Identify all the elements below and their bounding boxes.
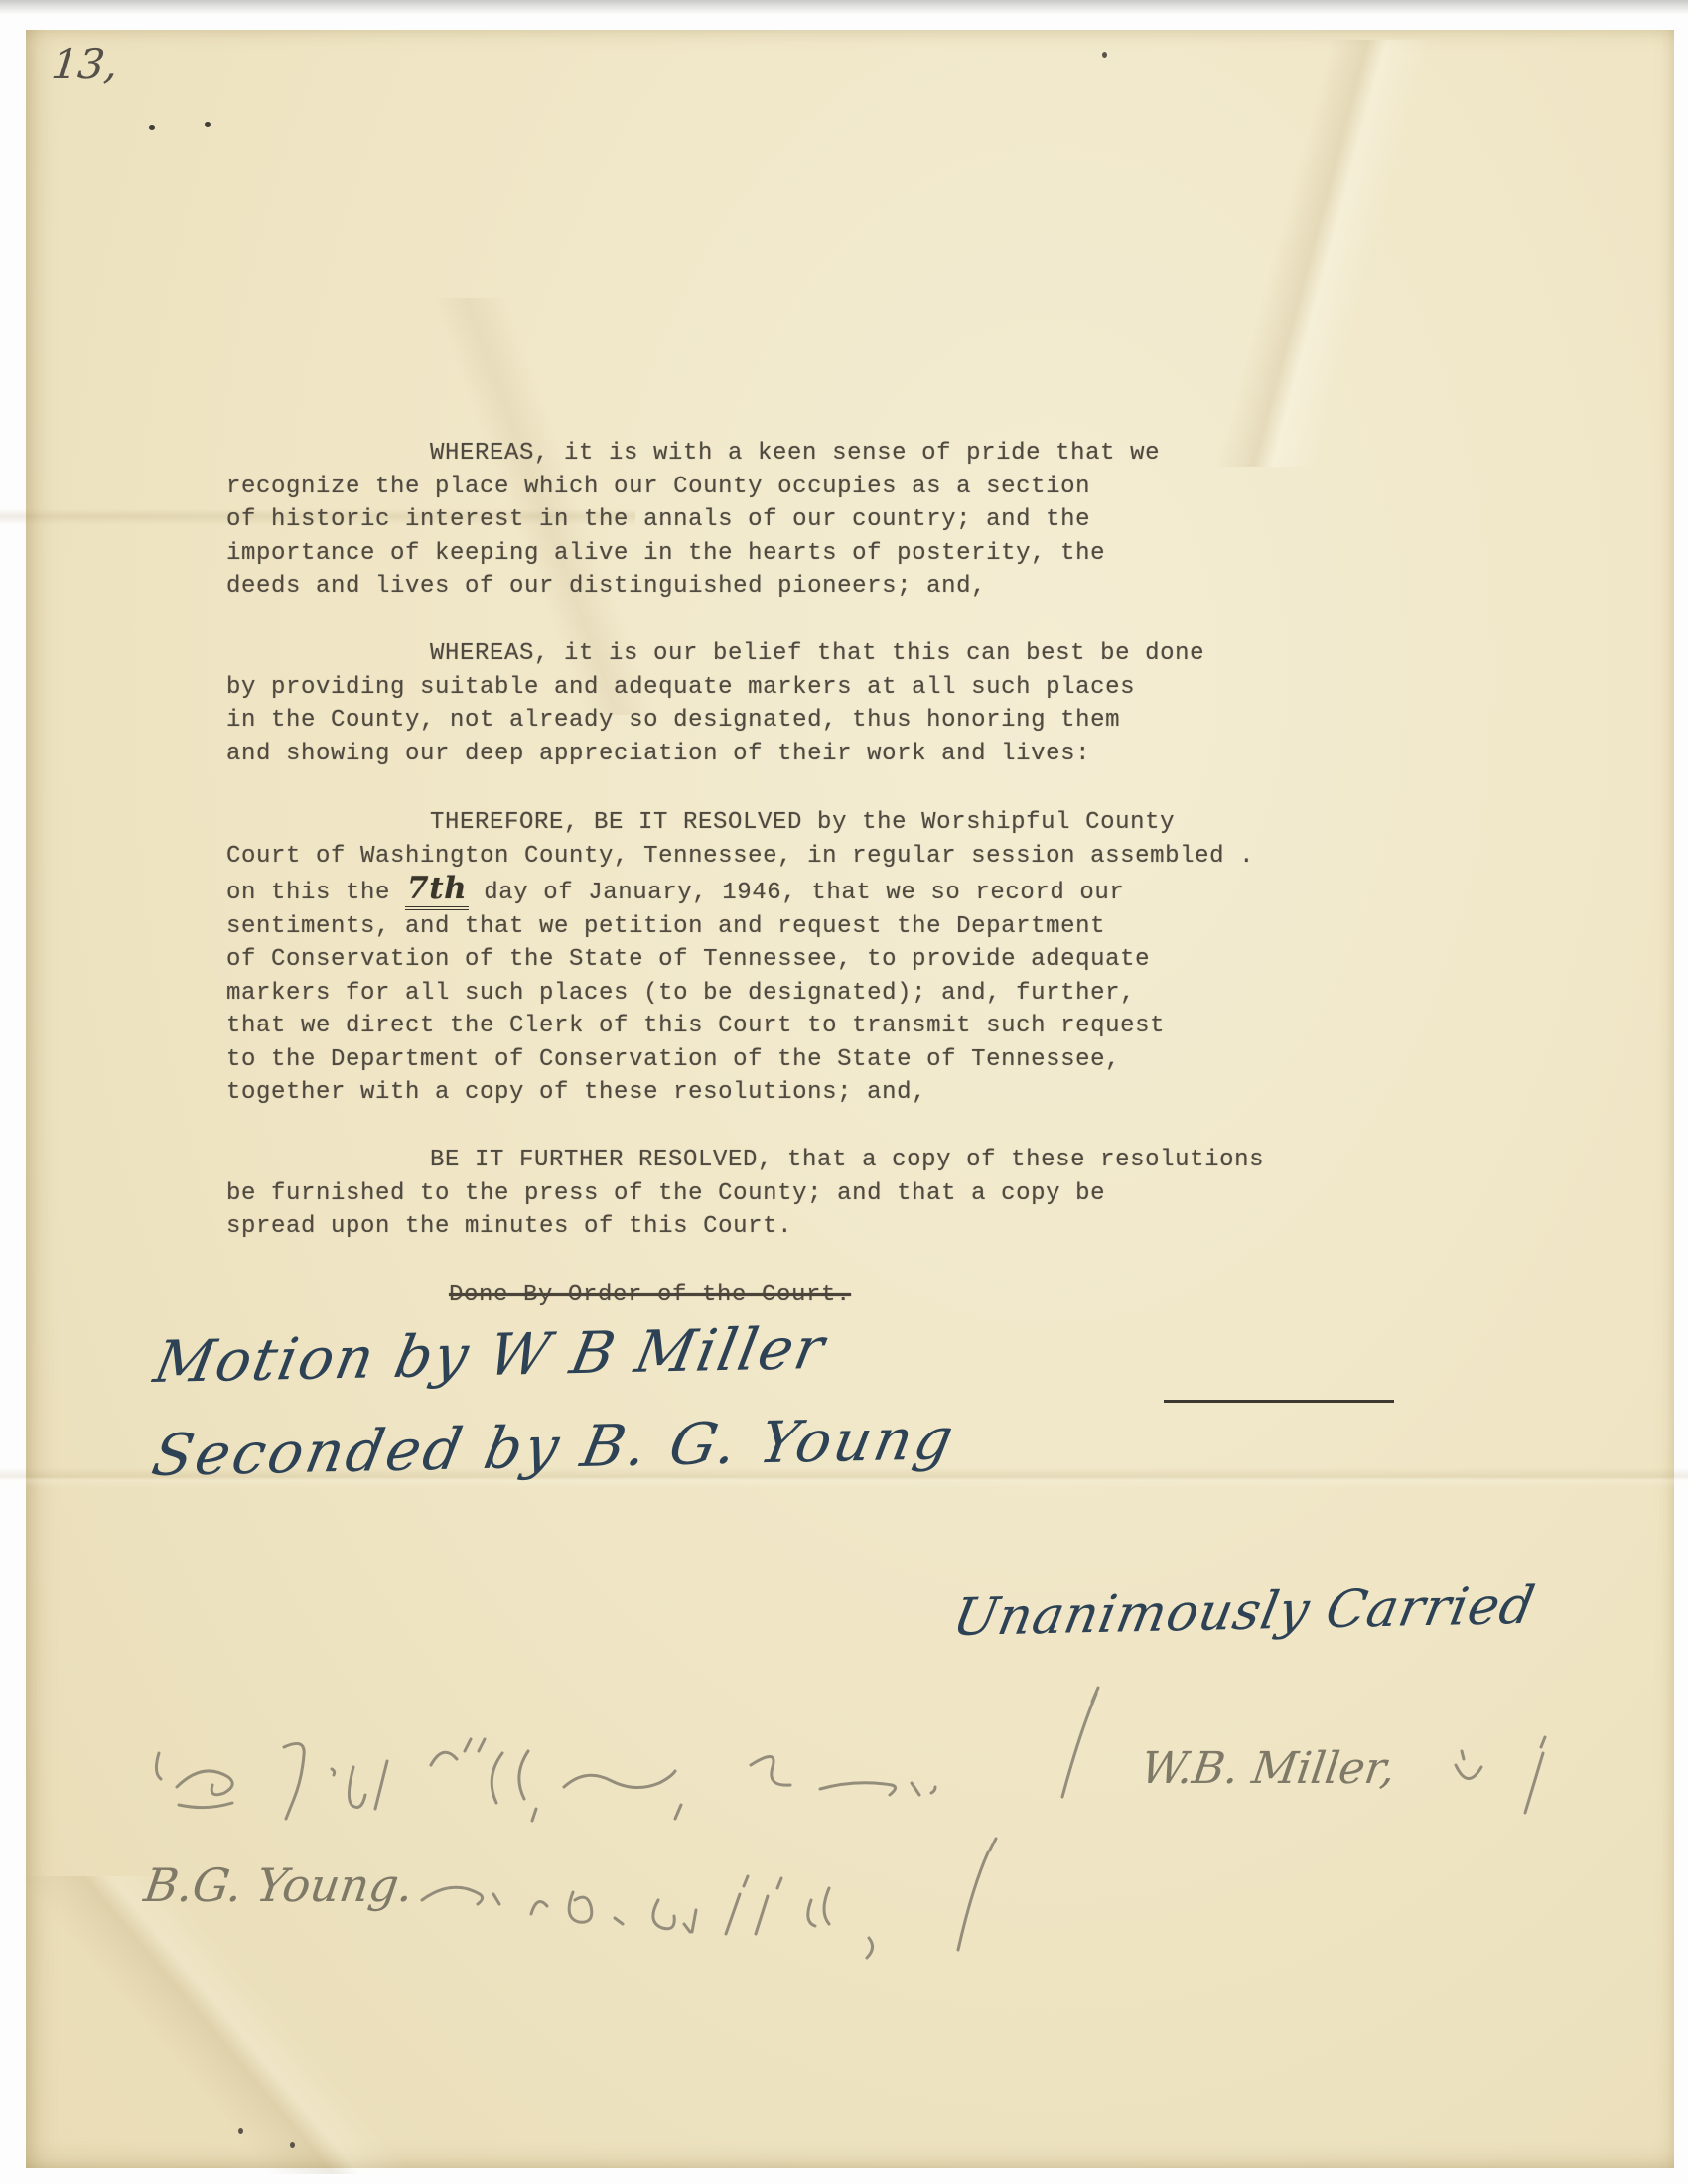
paragraph-whereas-1: WHEREAS, it is with a keen sense of prid… xyxy=(226,437,1497,604)
typed-blank-signature-line xyxy=(1164,1400,1394,1403)
paragraph-therefore: THEREFORE, BE IT RESOLVED by the Worship… xyxy=(226,806,1497,1110)
pencil-name-miller: W.B. Miller, xyxy=(1138,1743,1398,1794)
signature-motion-by: Motion by W B Miller xyxy=(149,1314,831,1396)
page-number: 13, xyxy=(49,40,120,88)
paper-speck xyxy=(290,2142,295,2148)
signature-unanimously-carried: Unanimously Carried xyxy=(948,1576,1540,1648)
pencil-name-young: B.G. Young. xyxy=(141,1858,417,1912)
shorthand-symbols-after-miller xyxy=(1442,1729,1561,1848)
paper-speck xyxy=(1102,52,1107,58)
scanned-document: 13, WHEREAS, it is with a keen sense of … xyxy=(0,0,1688,2184)
pencil-dot xyxy=(205,122,211,127)
scan-edge-top xyxy=(0,0,1688,14)
paragraph-be-it-further: BE IT FURTHER RESOLVED, that a copy of t… xyxy=(226,1144,1497,1244)
paper-speck xyxy=(238,2128,243,2134)
therefore-text-post: day of January, 1946, that we so record … xyxy=(226,880,1165,1106)
struck-out-line: Done By Order of the Court. xyxy=(449,1279,851,1312)
shorthand-tall-stroke xyxy=(1053,1678,1112,1807)
paragraph-whereas-2: WHEREAS, it is our belief that this can … xyxy=(226,637,1497,770)
pencil-dot xyxy=(149,125,155,130)
handwritten-day-of-month: 7th xyxy=(405,871,469,910)
shorthand-symbols-line-2 xyxy=(402,1827,1038,1985)
